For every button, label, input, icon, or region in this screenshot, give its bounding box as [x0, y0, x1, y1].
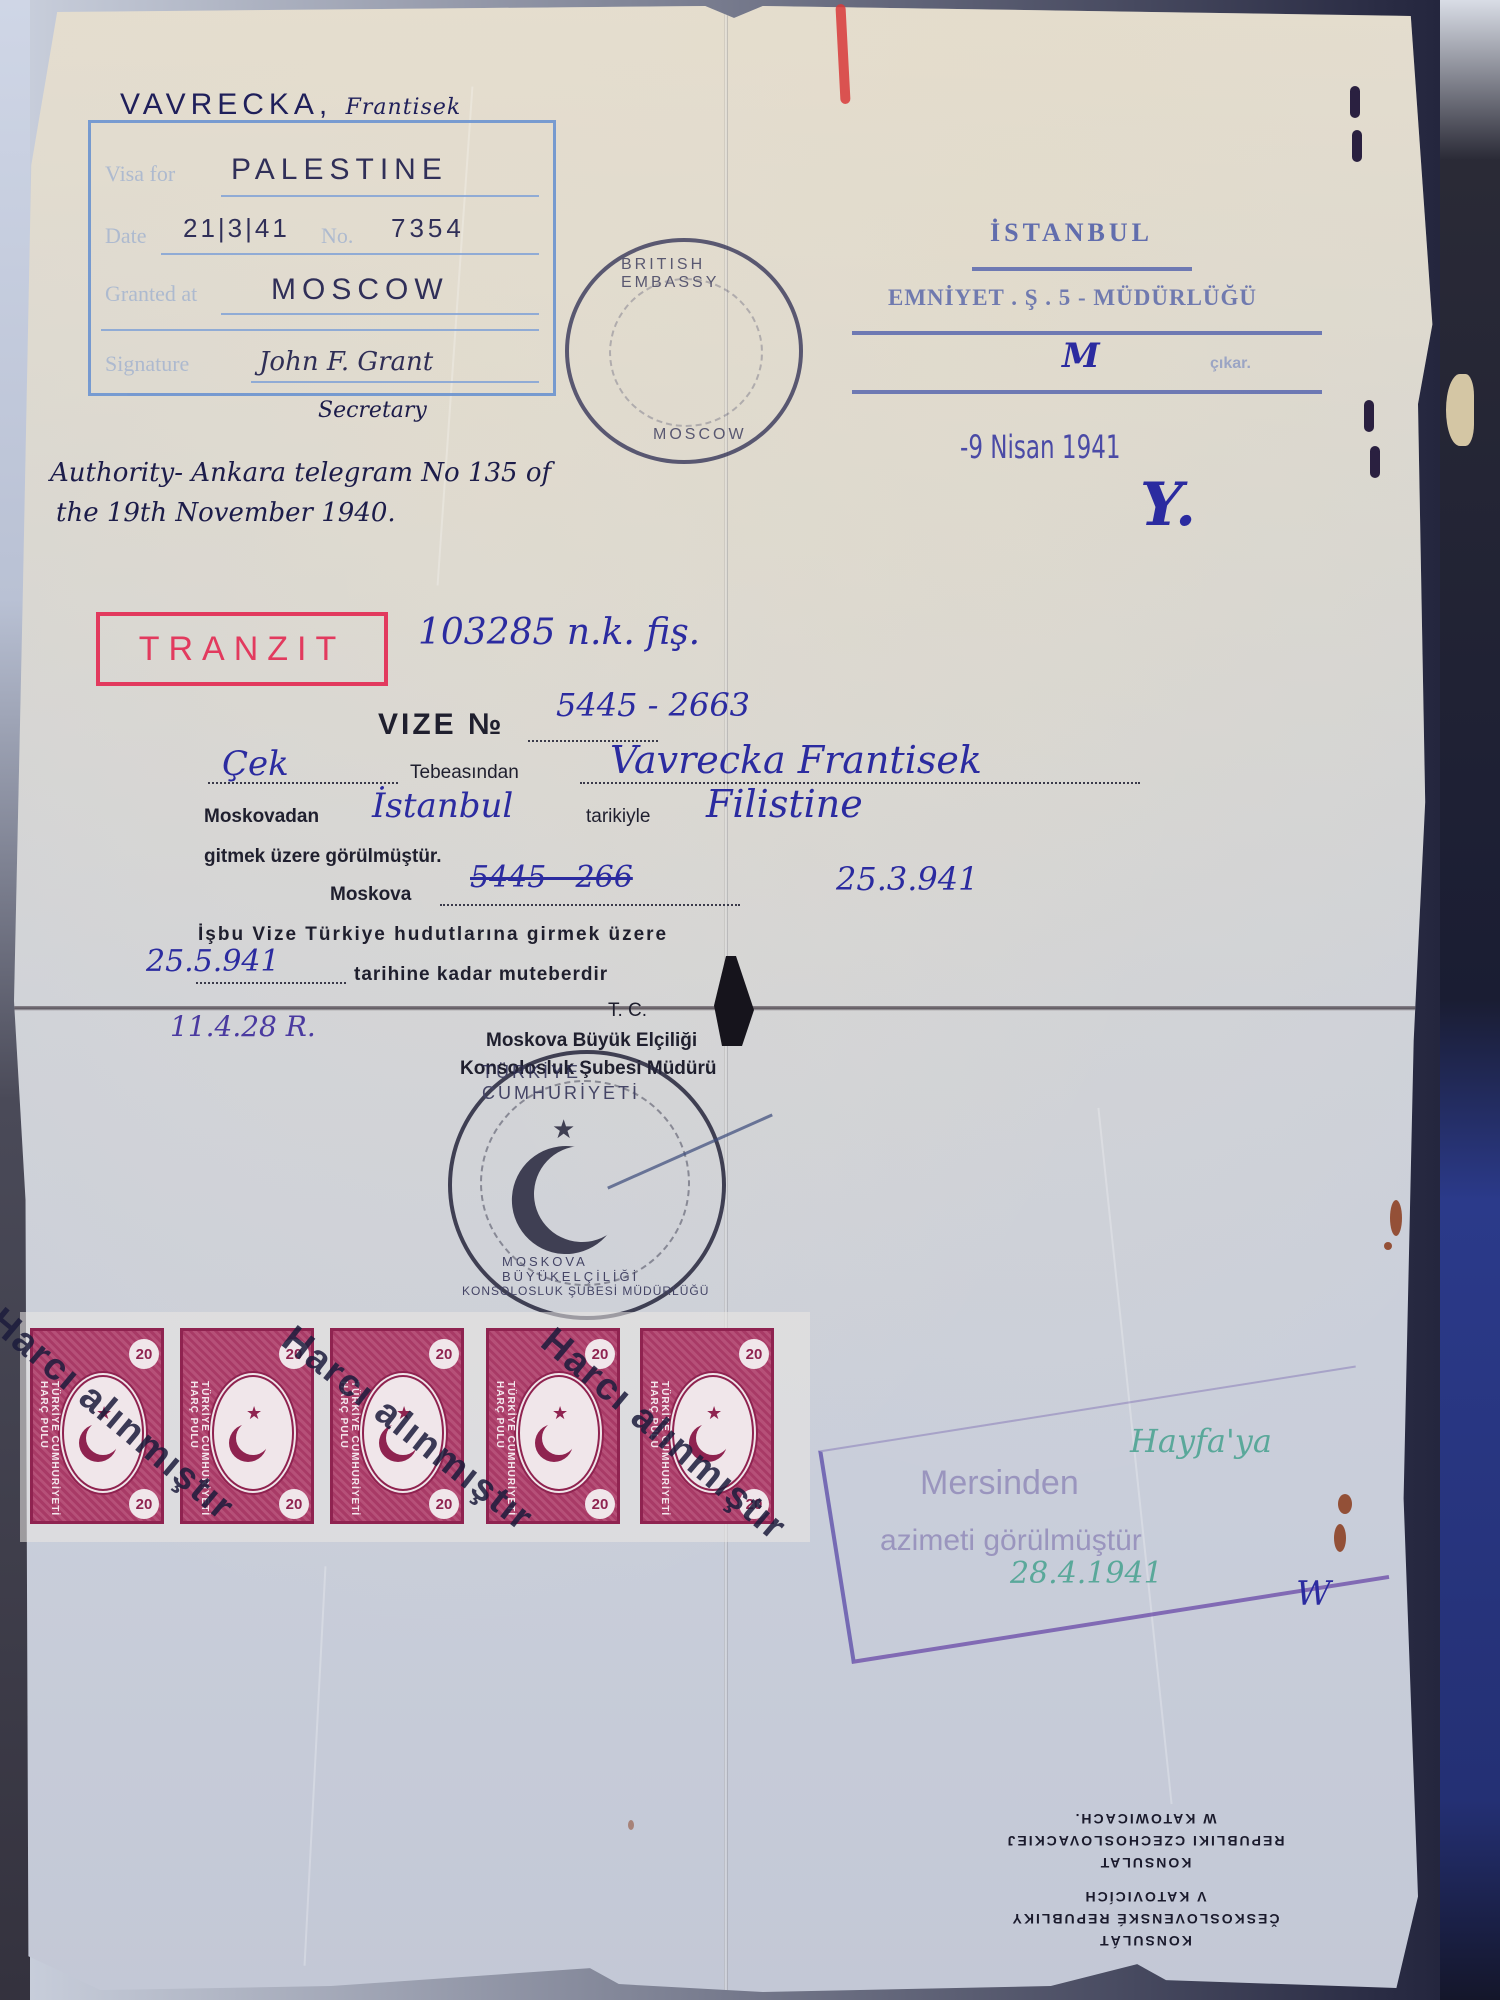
authority-note-line1: Authority- Ankara telegram No 135 of — [50, 458, 551, 488]
rule — [161, 253, 539, 255]
rule — [101, 329, 539, 331]
granted-at: MOSCOW — [271, 273, 449, 307]
seal-outer-text: TÜRKİYE CUMHURİYETİ — [482, 1062, 722, 1104]
destination: Filistine — [706, 782, 863, 826]
embassy-line1: Moskova Büyük Elçiliği — [486, 1030, 697, 1052]
issue-date: 25.3.941 — [836, 860, 979, 898]
tranzit-stamp: TRANZIT — [96, 612, 388, 686]
paper-scrap — [1446, 374, 1474, 446]
istanbul-date-stamp: -9 Nisan 1941 — [960, 428, 1121, 466]
paper-tear — [714, 956, 754, 1046]
label-number: No. — [321, 223, 353, 249]
stamp-denomination: 20 — [129, 1339, 159, 1369]
mersin-line1: Mersinden — [920, 1464, 1079, 1503]
stamp-denomination: 20 — [585, 1489, 615, 1519]
entry-note: 11.4.28 R. — [170, 1010, 316, 1043]
mersin-date: 28.4.1941 — [1010, 1556, 1163, 1591]
stamp-denomination: 20 — [429, 1339, 459, 1369]
british-visa-stamp: Visa for PALESTINE Date No. 21|3|41 7354… — [88, 120, 556, 396]
czech-consulate-line: ČESKOSLOVENSKÉ REPUBLIKY — [990, 1908, 1300, 1930]
label-visa-for: Visa for — [105, 161, 175, 187]
label-date: Date — [105, 223, 147, 249]
nationality: Çek — [222, 744, 289, 784]
rule — [852, 331, 1322, 335]
crescent-icon — [542, 1421, 576, 1455]
punch-hole — [1370, 446, 1380, 478]
rule — [852, 390, 1322, 394]
holder-name: VAVRECKA, Frantisek — [120, 88, 461, 122]
background-right — [1440, 0, 1500, 2000]
vize-label: VIZE № — [378, 708, 504, 742]
rust-stain — [628, 1820, 634, 1830]
czech-consulate-line: V KATOVICÍCH — [990, 1886, 1300, 1908]
valid-until: 25.5.941 — [146, 944, 280, 979]
seal-inner-ring — [609, 278, 763, 427]
istanbul-initials: M — [1062, 336, 1100, 376]
stamp-side-text: TÜRKİYE CUMHURİYETİ HARÇ PULU — [38, 1381, 60, 1521]
czech-consulate-line: REPUBLIKI CZECHOSLOVACKIEJ — [990, 1830, 1300, 1852]
turkish-consulate-seal: ★ TÜRKİYE CUMHURİYETİ MOSKOVA BÜYÜKELÇİL… — [448, 1050, 726, 1320]
istanbul-stamp-city: İSTANBUL — [990, 218, 1153, 248]
signature: John F. Grant — [259, 347, 433, 377]
rule — [221, 195, 539, 197]
signature-title: Secretary — [318, 398, 427, 423]
struck-number: 5445 - 266 — [470, 860, 633, 895]
rule — [196, 982, 346, 984]
punch-hole — [1364, 400, 1374, 432]
istanbul-stamp-office: EMNİYET . Ş . 5 - MÜDÜRLÜĞÜ — [888, 285, 1257, 311]
fis-note: 103285 n.k. fiş. — [418, 612, 700, 653]
czech-consulate-line: KONSULÁT — [990, 1930, 1300, 1952]
istanbul-signature: Y. — [1140, 470, 1196, 540]
surname: VAVRECKA, — [120, 88, 332, 121]
moskova-label: Moskova — [330, 884, 411, 906]
stamp-denomination: 20 — [739, 1339, 769, 1369]
seal-middle-text: MOSKOVA BÜYÜKELÇİLİĞİ — [502, 1254, 722, 1284]
authority-note-line2: the 19th November 1940. — [56, 498, 396, 528]
seal-bottom-text: MOSCOW — [653, 426, 747, 444]
rust-stain — [1334, 1524, 1346, 1552]
visa-holder-name: Vavrecka Frantisek — [610, 738, 982, 782]
czech-consulate-line: KONSULAT — [990, 1852, 1300, 1874]
stamp-denomination: 20 — [129, 1489, 159, 1519]
rust-stain — [1338, 1494, 1352, 1514]
seal-inner-text: KONSOLOSLUK ŞUBESİ MÜDÜRLÜĞÜ — [462, 1284, 709, 1298]
stamp-oval: ★ — [208, 1371, 298, 1495]
label-signature: Signature — [105, 351, 189, 377]
mersin-destination: Hayfa'ya — [1130, 1422, 1272, 1460]
from-label: Moskovadan — [204, 806, 319, 828]
visa-number: 7354 — [391, 213, 465, 244]
british-embassy-seal: BRITISH EMBASSY MOSCOW — [565, 238, 803, 464]
punch-hole — [1350, 86, 1360, 118]
visa-destination: PALESTINE — [231, 153, 448, 187]
tc-label: T. C. — [608, 1000, 647, 1022]
rule — [972, 267, 1192, 271]
crescent-icon — [236, 1421, 270, 1455]
mersin-line2: azimeti görülmüştür — [880, 1524, 1142, 1558]
tarikiyle-label: tarikiyle — [586, 806, 650, 828]
czech-consulate-line: W KATOWICACH. — [990, 1808, 1300, 1830]
rust-stain — [1390, 1200, 1402, 1236]
rule — [208, 782, 398, 784]
validity-line1: İşbu Vize Türkiye hudutlarına girmek üze… — [198, 924, 668, 946]
stamp-denomination: 20 — [279, 1489, 309, 1519]
rust-stain — [1384, 1242, 1392, 1250]
istanbul-stamp-cikar: çıkar. — [1210, 355, 1251, 373]
label-granted-at: Granted at — [105, 281, 197, 307]
crease — [304, 1566, 327, 1966]
mersin-initials: W — [1296, 1574, 1331, 1614]
seal-top-text: BRITISH EMBASSY — [621, 256, 799, 292]
transit-city: İstanbul — [372, 786, 513, 826]
tranzit-label: TRANZIT — [139, 630, 346, 669]
vize-number: 5445 - 2663 — [556, 686, 750, 724]
first-name: Frantisek — [346, 95, 462, 120]
visa-date: 21|3|41 — [183, 213, 290, 244]
czech-consulate-stamp: KONSULÁTČESKOSLOVENSKÉ REPUBLIKYV KATOVI… — [990, 1808, 1300, 1952]
rule — [221, 313, 539, 315]
star-icon: ★ — [552, 1114, 575, 1145]
rule — [251, 381, 539, 383]
tebeasindan-label: Tebeasından — [410, 762, 519, 784]
gitmek-label: gitmek üzere görülmüştür. — [204, 846, 442, 868]
validity-line2: tarihine kadar muteberdir — [354, 964, 608, 986]
punch-hole — [1352, 130, 1362, 162]
rule — [440, 904, 740, 906]
